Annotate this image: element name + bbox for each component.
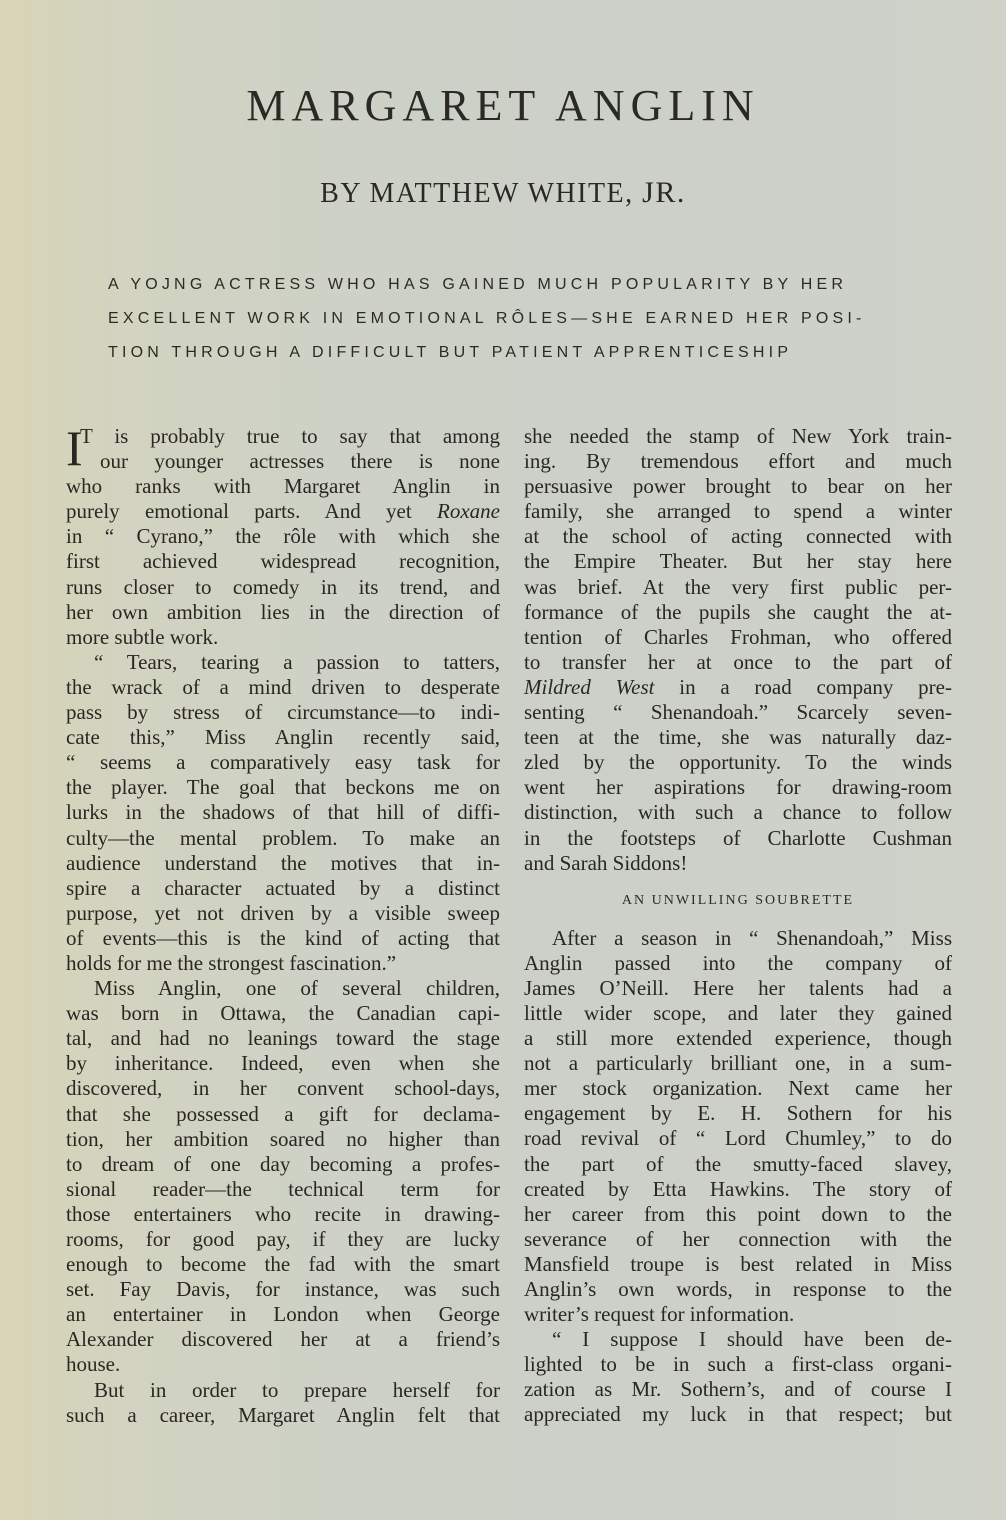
byline: BY MATTHEW WHITE, JR.: [0, 176, 1006, 210]
text-line: Alexander discovered her at a friend’s: [66, 1327, 500, 1352]
text-line: persuasive power brought to bear on her: [524, 474, 952, 499]
text-line: But in order to prepare herself for: [66, 1378, 500, 1403]
text-line: “ I suppose I should have been de-: [524, 1327, 952, 1352]
text-line: James O’Neill. Here her talents had a: [524, 976, 952, 1001]
text-line: of events—this is the kind of acting tha…: [66, 926, 500, 951]
text-line: by inheritance. Indeed, even when she: [66, 1051, 500, 1076]
text-line: enough to become the fad with the smart: [66, 1252, 500, 1277]
opening-paragraph: I T is probably true to say that among o…: [66, 424, 500, 474]
text-line: teen at the time, she was naturally daz-: [524, 725, 952, 750]
text-line: her career from this point down to the: [524, 1202, 952, 1227]
text-line: Mildred West in a road company pre-: [524, 675, 952, 700]
text-line: road revival of “ Lord Chumley,” to do: [524, 1126, 952, 1151]
text-line: writer’s request for information.: [524, 1302, 952, 1327]
text-line: purely emotional parts. And yet Roxane: [66, 499, 500, 524]
right-column: she needed the stamp of New York train- …: [524, 424, 952, 1428]
text-line: was born in Ottawa, the Canadian capi-: [66, 1001, 500, 1026]
text-line: spire a character actuated by a distinct: [66, 876, 500, 901]
text-line: first achieved widespread recognition,: [66, 549, 500, 574]
text-line: zled by the opportunity. To the winds: [524, 750, 952, 775]
text-line: who ranks with Margaret Anglin in: [66, 474, 500, 499]
text-line: tention of Charles Frohman, who offered: [524, 625, 952, 650]
text-line: that she possessed a gift for declama-: [66, 1102, 500, 1127]
text-line: holds for me the strongest fascination.”: [66, 951, 500, 976]
text-line: she needed the stamp of New York train-: [524, 424, 952, 449]
left-column: I T is probably true to say that among o…: [66, 424, 500, 1428]
text-line: mer stock organization. Next came her: [524, 1076, 952, 1101]
text-line: audience understand the motives that in-: [66, 851, 500, 876]
text-line: the wrack of a mind driven to desperate: [66, 675, 500, 700]
italic-title: Mildred West: [524, 675, 655, 699]
text-line: went her aspirations for drawing-room: [524, 775, 952, 800]
text-line: such a career, Margaret Anglin felt that: [66, 1403, 500, 1428]
text-line: Anglin’s own words, in response to the: [524, 1277, 952, 1302]
text-line: set. Fay Davis, for instance, was such: [66, 1277, 500, 1302]
text-line: Mansfield troupe is best related in Miss: [524, 1252, 952, 1277]
text-line: to dream of one day becoming a profes-: [66, 1152, 500, 1177]
text-line: to transfer her at once to the part of: [524, 650, 952, 675]
text-line: severance of her connection with the: [524, 1227, 952, 1252]
text-line: “ seems a comparatively easy task for: [66, 750, 500, 775]
text-line: in “ Cyrano,” the rôle with which she: [66, 524, 500, 549]
text-line: an entertainer in London when George: [66, 1302, 500, 1327]
text-line: lurks in the shadows of that hill of dif…: [66, 800, 500, 825]
text-line: in the footsteps of Charlotte Cushman: [524, 826, 952, 851]
article-title: MARGARET ANGLIN: [0, 80, 1006, 131]
text-line: discovered, in her convent school-days,: [66, 1076, 500, 1101]
text-line: cate this,” Miss Anglin recently said,: [66, 725, 500, 750]
text-line: and Sarah Siddons!: [524, 851, 952, 876]
text-line: sional reader—the technical term for: [66, 1177, 500, 1202]
text-line: was brief. At the very first public per-: [524, 575, 952, 600]
text-line: Miss Anglin, one of several children,: [66, 976, 500, 1001]
text-line: at the school of acting connected with: [524, 524, 952, 549]
text-line: those entertainers who recite in drawing…: [66, 1202, 500, 1227]
text-line: tion, her ambition soared no higher than: [66, 1127, 500, 1152]
text-line: created by Etta Hawkins. The story of: [524, 1177, 952, 1202]
text-line: pass by stress of circumstance—to indi-: [66, 700, 500, 725]
text-line: T is probably true to say that among: [66, 424, 500, 449]
text-line: house.: [66, 1352, 500, 1377]
text-line: our younger actresses there is none: [66, 449, 500, 474]
text-line: Anglin passed into the company of: [524, 951, 952, 976]
text-line: appreciated my luck in that respect; but: [524, 1402, 952, 1427]
text-line: her own ambition lies in the direction o…: [66, 600, 500, 625]
text-line: After a season in “ Shenandoah,” Miss: [524, 926, 952, 951]
byline-author: BY MATTHEW WHITE,: [320, 178, 634, 209]
text-line: ing. By tremendous effort and much: [524, 449, 952, 474]
text-line: engagement by E. H. Sothern for his: [524, 1101, 952, 1126]
text-line: “ Tears, tearing a passion to tatters,: [66, 650, 500, 675]
text-line: formance of the pupils she caught the at…: [524, 600, 952, 625]
text-line: distinction, with such a chance to follo…: [524, 800, 952, 825]
italic-title: Roxane: [437, 499, 500, 523]
section-subhead: AN UNWILLING SOUBRETTE: [524, 876, 952, 926]
article-deck: A YOJNG ACTRESS WHO HAS GAINED MUCH POPU…: [108, 268, 908, 370]
text-line: zation as Mr. Sothern’s, and of course I: [524, 1377, 952, 1402]
text-line: runs closer to comedy in its trend, and: [66, 575, 500, 600]
text-line: rooms, for good pay, if they are lucky: [66, 1227, 500, 1252]
text-line: a still more extended experience, though: [524, 1026, 952, 1051]
deck-line: TION THROUGH A DIFFICULT BUT PATIENT APP…: [108, 336, 908, 370]
text-line: senting “ Shenandoah.” Scarcely seven-: [524, 700, 952, 725]
text-line: purpose, yet not driven by a visible swe…: [66, 901, 500, 926]
deck-line: EXCELLENT WORK IN EMOTIONAL RÔLES—SHE EA…: [108, 302, 908, 336]
text-line: culty—the mental problem. To make an: [66, 826, 500, 851]
text-line: the Empire Theater. But her stay here: [524, 549, 952, 574]
byline-suffix: JR.: [642, 176, 686, 209]
text-line: the player. The goal that beckons me on: [66, 775, 500, 800]
text-line: family, she arranged to spend a winter: [524, 499, 952, 524]
text-line: more subtle work.: [66, 625, 500, 650]
drop-cap: I: [66, 426, 83, 470]
text-line: not a particularly brilliant one, in a s…: [524, 1051, 952, 1076]
deck-line: A YOJNG ACTRESS WHO HAS GAINED MUCH POPU…: [108, 268, 908, 302]
text-line: little wider scope, and later they gaine…: [524, 1001, 952, 1026]
text-line: the part of the smutty-faced slavey,: [524, 1152, 952, 1177]
text-line: lighted to be in such a first-class orga…: [524, 1352, 952, 1377]
text-line: tal, and had no leanings toward the stag…: [66, 1026, 500, 1051]
